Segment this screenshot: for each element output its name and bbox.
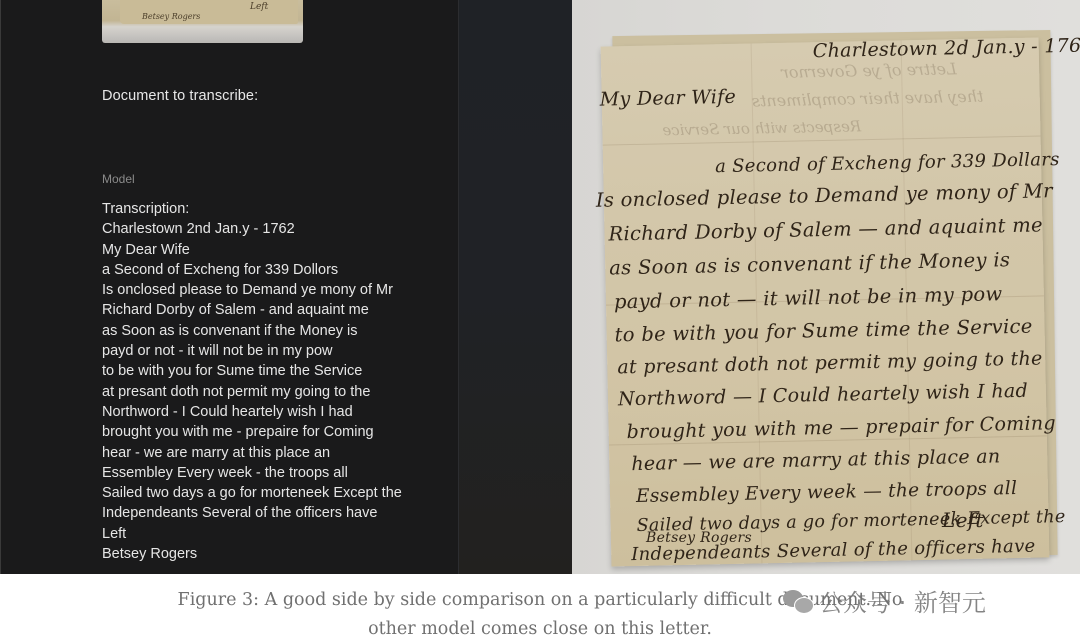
thumbnail-closing: Left: [250, 2, 268, 12]
panel-divider-strip: [458, 0, 572, 574]
transcription-line: My Dear Wife: [102, 240, 402, 260]
thumbnail-paper: Betsey Rogers Left: [120, 0, 298, 24]
transcription-line: a Second of Excheng for 339 Dollors: [102, 260, 402, 280]
letter-line: brought you with me — prepair for Coming: [626, 412, 1056, 443]
letter-line: at presant doth not permit my going to t…: [617, 347, 1043, 378]
letter-line: Richard Dorby of Salem — and aquaint me: [608, 213, 1043, 245]
letter-closing: Left: [942, 508, 984, 532]
transcription-line: at presant doth not permit my going to t…: [102, 382, 402, 402]
caption-line: other model comes close on this letter.: [0, 615, 1080, 643]
transcription-line: Independeants Several of the officers ha…: [102, 503, 402, 523]
transcription-line: Essembley Every week - the troops all: [102, 463, 402, 483]
transcription-line: to be with you for Sume time the Service: [102, 361, 402, 381]
figure-image: Betsey Rogers Left Document to transcrib…: [0, 0, 1080, 574]
transcription-line: Is onclosed please to Demand ye mony of …: [102, 280, 402, 300]
transcription-line: Richard Dorby of Salem - and aquaint me: [102, 300, 402, 320]
document-label: Document to transcribe:: [102, 88, 258, 104]
watermark: 公众号 · 新智元: [783, 583, 986, 618]
transcription-line: payd or not - it will not be in my pow: [102, 341, 402, 361]
transcription-panel: Betsey Rogers Left Document to transcrib…: [0, 0, 458, 574]
bleed-through-text: Respects with our Service: [662, 117, 861, 139]
watermark-text: 公众号 · 新智元: [819, 583, 986, 618]
letter-line: to be with you for Sume time the Service: [614, 315, 1032, 347]
transcription-text: Transcription: Charlestown 2nd Jan.y - 1…: [102, 199, 402, 564]
transcription-line: Sailed two days a go for morteneek Excep…: [102, 483, 402, 503]
transcription-line: brought you with me - prepaire for Comin…: [102, 422, 402, 442]
letter-line: hear — we are marry at this place an: [631, 445, 1000, 475]
bleed-through-text: Lettre of ye Governor: [781, 59, 957, 82]
letter-line: Is onclosed please to Demand ye mony of …: [596, 179, 1053, 212]
document-thumbnail[interactable]: Betsey Rogers Left: [102, 0, 303, 43]
wechat-icon: [783, 588, 813, 614]
model-label: Model: [102, 172, 135, 186]
transcription-line: hear - we are marry at this place an: [102, 443, 402, 463]
letter-sheet: Lettre of ye Governor they have their co…: [601, 37, 1050, 566]
transcription-line: Left: [102, 524, 402, 544]
transcription-line: Charlestown 2nd Jan.y - 1762: [102, 219, 402, 239]
transcription-line: as Soon as is convenant if the Money is: [102, 321, 402, 341]
letter-salutation: My Dear Wife: [599, 86, 736, 111]
bleed-through-text: they have their compliments: [752, 87, 984, 111]
transcription-line: Betsey Rogers: [102, 544, 402, 564]
letter-line: Northword — I Could heartely wish I had: [618, 380, 1028, 411]
thumbnail-signature: Betsey Rogers: [142, 12, 200, 21]
letter-line: Essembley Every week — the troops all: [636, 478, 1018, 507]
transcription-line: Transcription:: [102, 199, 402, 219]
letter-line: payd or not — it will not be in my pow: [614, 282, 1003, 313]
letter-photo: Lettre of ye Governor they have their co…: [572, 0, 1080, 574]
transcription-line: Northword - I Could heartely wish I had: [102, 402, 402, 422]
letter-line: a Second of Excheng for 339 Dollars: [715, 149, 1060, 177]
letter-line: as Soon as is convenant if the Money is: [609, 248, 1010, 279]
letter-signature: Betsey Rogers: [646, 530, 752, 546]
